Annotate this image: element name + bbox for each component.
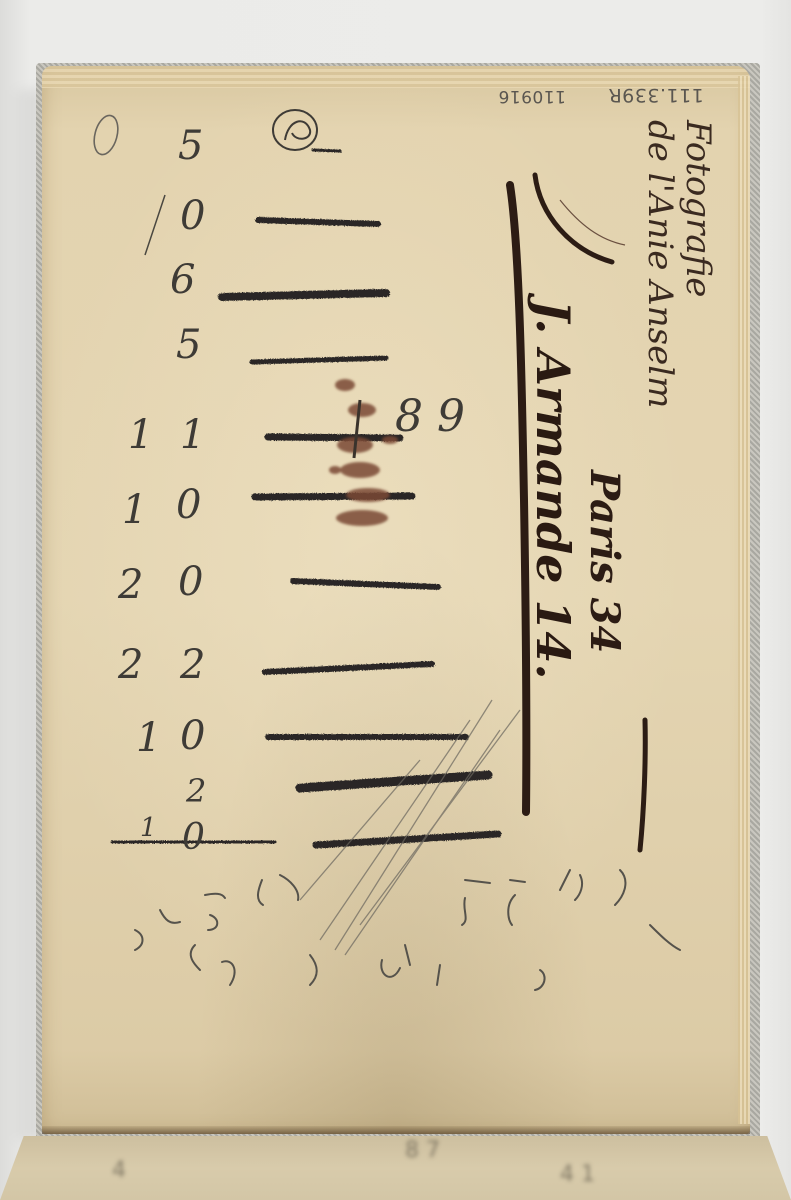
ink-underline xyxy=(510,185,526,812)
pencil-numeral: 6 xyxy=(170,260,195,300)
ink-rule-right xyxy=(640,720,645,850)
pencil-numeral: 2 xyxy=(118,565,143,605)
pencil-numeral: 1 xyxy=(136,718,161,758)
pencil-numeral: 1 xyxy=(180,415,205,455)
pencil-numeral: 5 xyxy=(176,325,201,365)
pencil-numeral: 2 xyxy=(180,645,205,685)
pencil-at-symbol xyxy=(273,110,317,150)
pencil-numeral: 0 xyxy=(178,562,203,602)
ink-flourish xyxy=(535,175,612,262)
pencil-numeral: 0 xyxy=(180,716,205,756)
pencil-numeral: 1 xyxy=(128,415,153,455)
ink-script-line: Fotografie xyxy=(678,120,718,297)
pencil-numeral: 2 xyxy=(118,645,143,685)
pencil-numeral: 0 xyxy=(182,820,205,856)
photo-stage: 4 8 7 4 1 111.339R 110916 xyxy=(0,0,791,1200)
charcoal-strokes xyxy=(112,150,498,845)
pencil-scribbles xyxy=(135,870,680,990)
pencil-numeral: 0 xyxy=(180,196,205,236)
pencil-zero xyxy=(90,113,122,157)
pencil-numeral: 0 xyxy=(176,485,201,525)
ink-stain xyxy=(329,379,398,526)
pencil-numeral: 2 xyxy=(186,775,206,807)
ink-script-line: Paris 34 xyxy=(581,470,628,653)
ink-script-line: de l'Anie Anselm xyxy=(640,120,680,408)
pencil-numeral: 1 xyxy=(140,815,157,841)
pencil-slash xyxy=(145,195,165,255)
pencil-numeral: 5 xyxy=(178,126,203,166)
pencil-numeral: 1 xyxy=(122,490,147,530)
pencil-annotation: 8 9 xyxy=(395,395,465,439)
ink-script-line: J. Armande 14. xyxy=(526,300,580,680)
